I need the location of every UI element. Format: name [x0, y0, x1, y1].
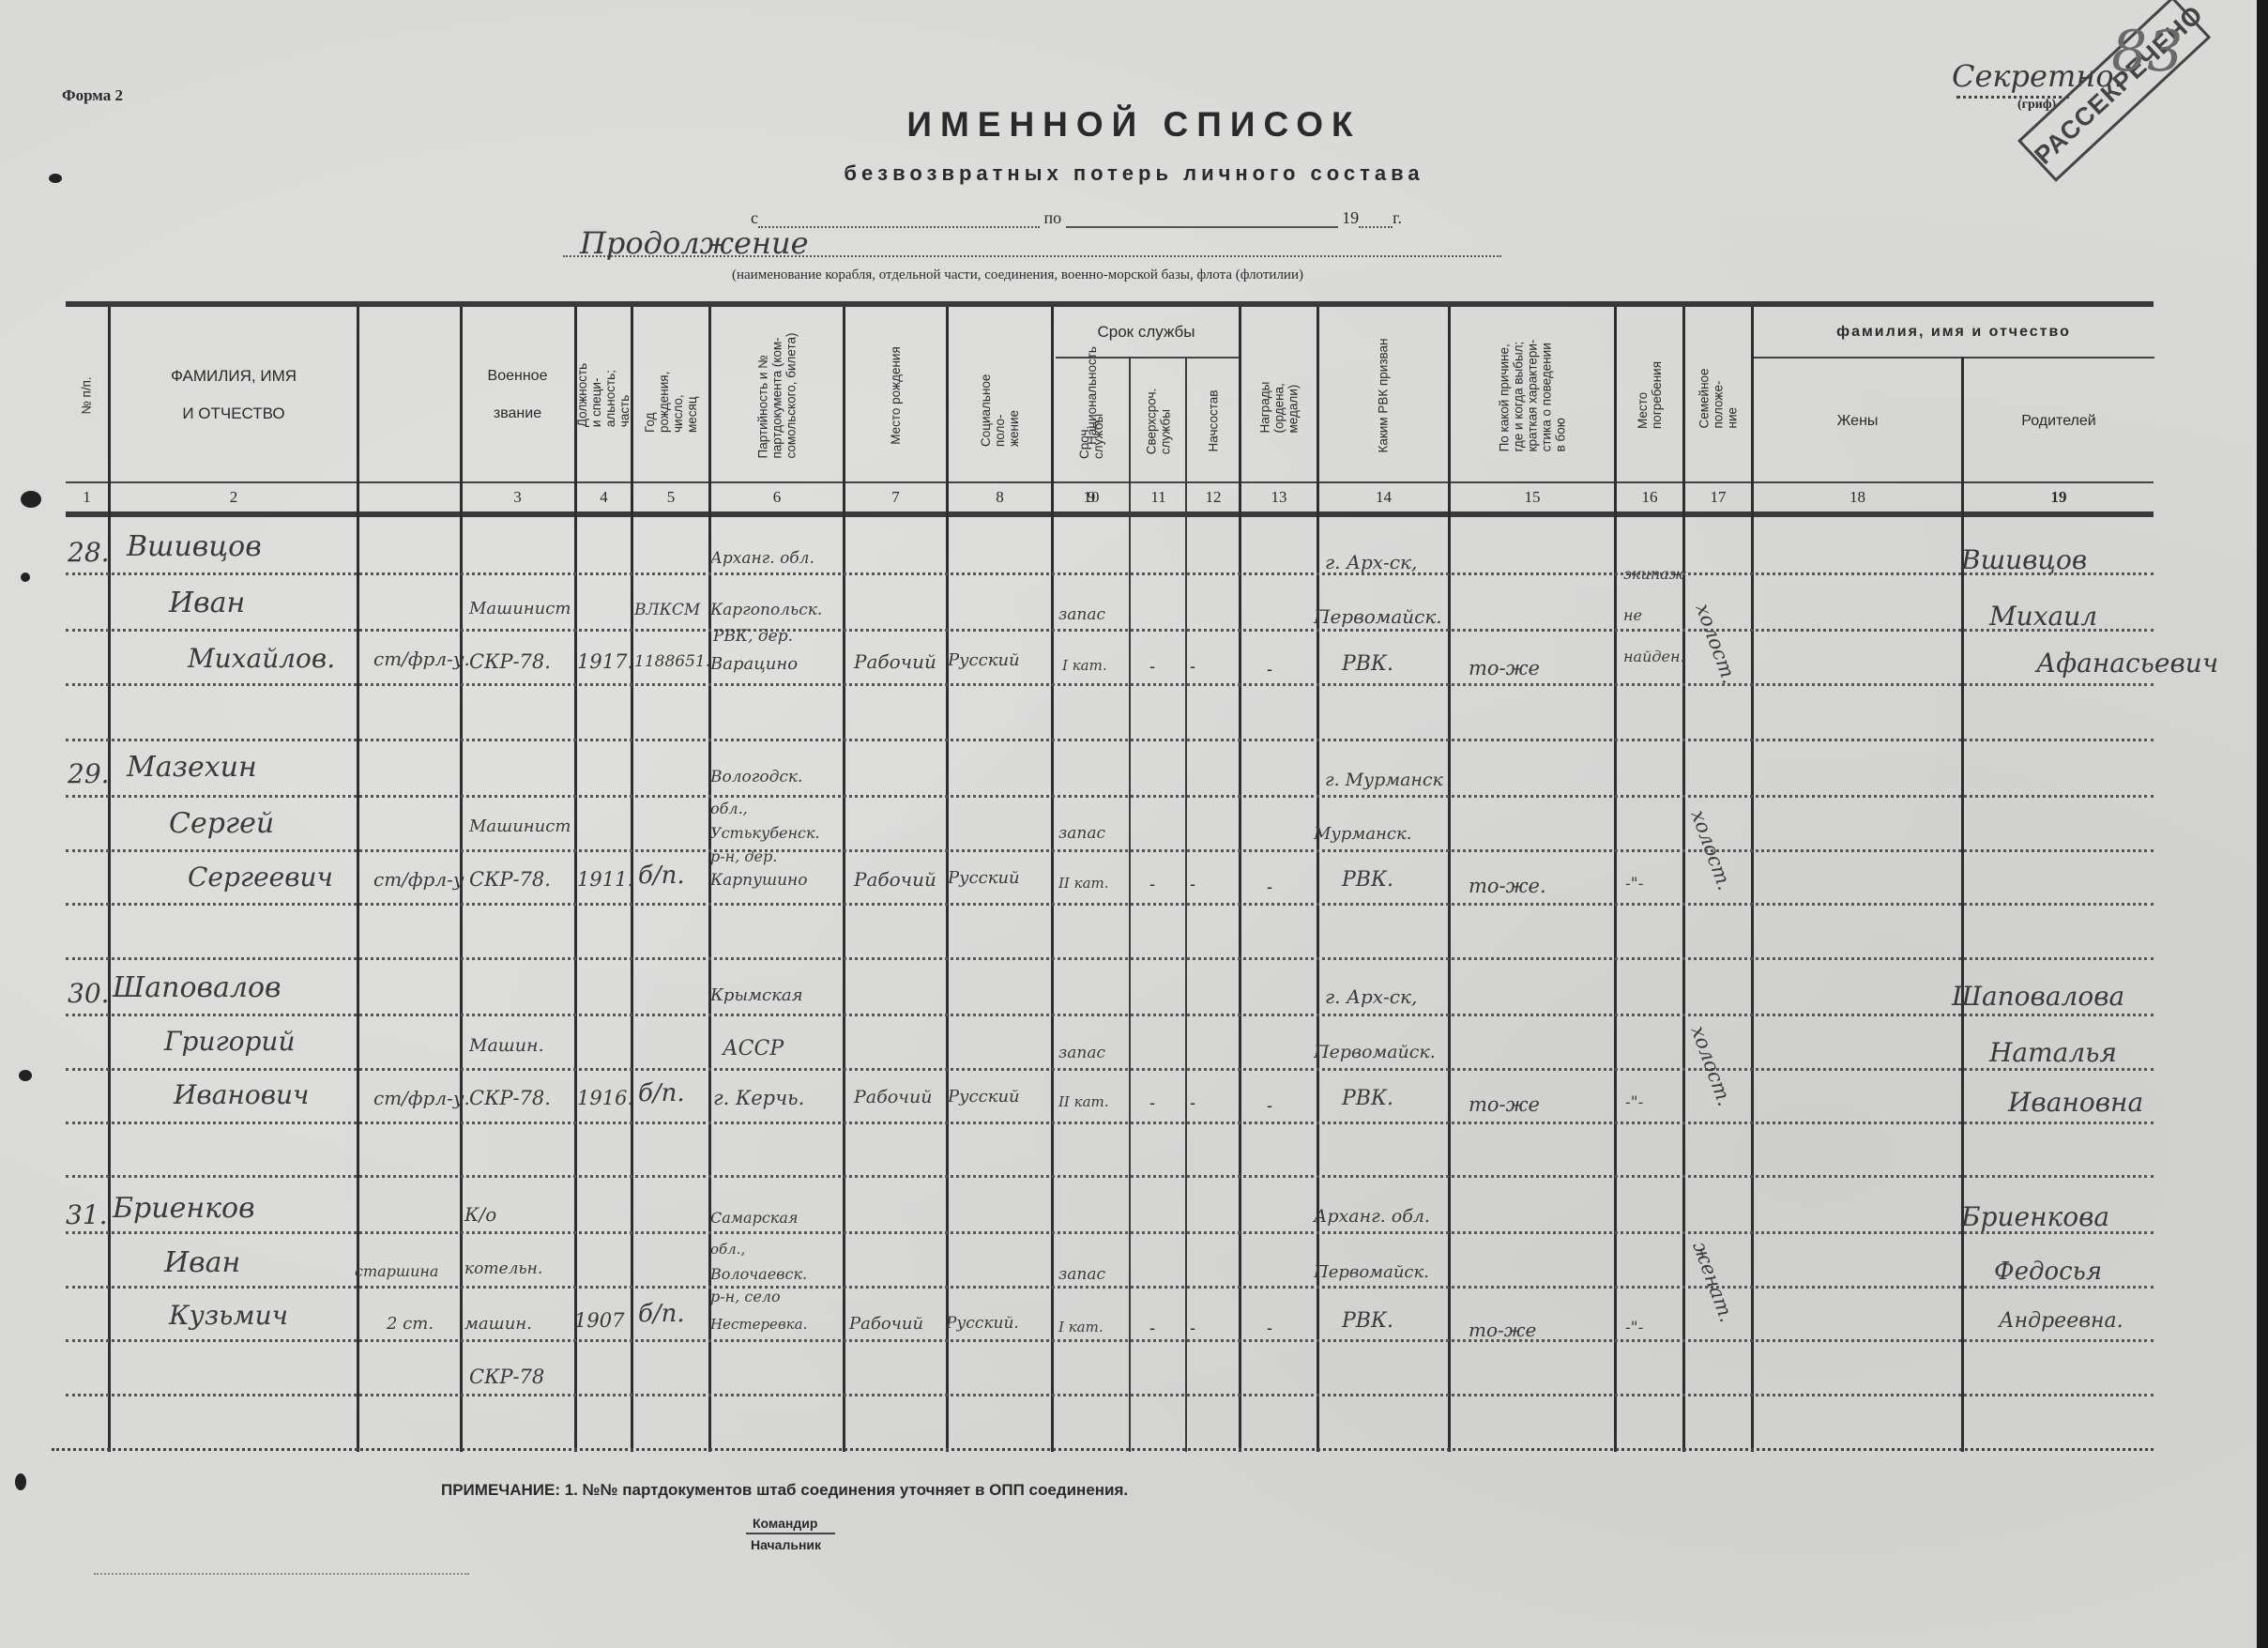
service-term: запас [1058, 605, 1105, 624]
col-header-3: Военное звание [463, 310, 572, 481]
col-header-16: Место погребения [1617, 310, 1682, 481]
page-title: ИМЕННОЙ СПИСОК [0, 105, 2268, 145]
col-num: 6 [711, 488, 843, 507]
party: ВЛКСМ [634, 601, 700, 619]
rank: старшина [355, 1262, 438, 1280]
nationality: Русский [948, 650, 1020, 670]
row-line [66, 1175, 2154, 1178]
command-staff: - [1190, 1319, 1195, 1338]
birthplace-line: Каргопольск. [710, 601, 822, 619]
extended-service: - [1149, 657, 1155, 677]
nationality: Русский. [946, 1314, 1019, 1333]
row-line [66, 1014, 2154, 1016]
social-status: Рабочий [854, 1087, 932, 1107]
row-line [66, 1339, 2154, 1342]
col-num: 18 [1754, 488, 1961, 507]
parent-name-line: Вшивцов [1961, 544, 2087, 575]
position: котельн. [464, 1259, 542, 1278]
faded-line [94, 1573, 469, 1575]
birth-year: 1916. [577, 1087, 633, 1109]
draft-office-line: Арханг. обл. [1314, 1206, 1430, 1227]
col-header-4: Должность и специ- альность; часть [577, 310, 631, 481]
row-line [66, 849, 2154, 852]
row-line [66, 1394, 2154, 1396]
ink-spot [21, 572, 30, 582]
extended-service: - [1149, 1319, 1155, 1338]
row-line [66, 739, 2154, 741]
awards: - [1267, 1319, 1272, 1338]
col-header-19: Родителей [1964, 361, 2154, 481]
service-category: II кат. [1058, 875, 1109, 892]
relatives-group-rule [1751, 357, 2154, 359]
birthplace-line: обл., [710, 800, 748, 817]
col-num: 12 [1188, 488, 1239, 507]
social-status: Рабочий [854, 868, 936, 891]
form-label: Форма 2 [62, 86, 123, 105]
col-num: 5 [633, 488, 708, 507]
draft-office-line: РВК. [1342, 1309, 1393, 1333]
draft-office-line: РВК. [1342, 1087, 1393, 1110]
command-staff: - [1190, 875, 1195, 894]
row-line [66, 683, 2154, 686]
surname: Шаповалов [113, 971, 281, 1004]
draft-office-line: Первомайск. [1314, 1262, 1429, 1282]
birthplace-line: р-н, село [710, 1288, 781, 1305]
unit: СКР-78. [469, 1087, 551, 1109]
birthplace-line: г. Керчь. [713, 1087, 804, 1109]
burial-place: -"- [1625, 1093, 1643, 1112]
row-line [66, 1286, 2154, 1289]
col-header-1: № п/п. [66, 310, 108, 481]
rank: ст/фрл-у. [373, 648, 470, 670]
birthplace-line: Вологодск. [710, 768, 802, 786]
col-header-7: Место рождения [845, 310, 946, 481]
header-divider [66, 481, 2154, 483]
row-line [66, 1231, 2154, 1234]
period-to-field [1066, 213, 1338, 228]
col-num: 10 [1054, 488, 1129, 507]
row-number: 28. [68, 537, 110, 568]
position-prefix: К/о [464, 1203, 496, 1226]
col-num: 14 [1319, 488, 1448, 507]
row-line [66, 1122, 2154, 1124]
row-number: 30. [68, 978, 110, 1009]
position: Машинист [469, 816, 571, 836]
first-name: Григорий [164, 1026, 296, 1057]
table-top-rule [66, 301, 2154, 307]
birthplace-line: АССР [723, 1037, 784, 1061]
patronymic: Кузьмич [169, 1300, 288, 1331]
col-num: 2 [111, 488, 357, 507]
rank: ст/фрл-у [373, 868, 464, 891]
birthplace-line: Устькубенск. [710, 824, 820, 842]
surname: Вшивцов [127, 530, 262, 563]
row-line [66, 957, 2154, 960]
service-category: I кат. [1058, 1319, 1104, 1335]
col-header-11: Сверхсроч. службы [1132, 361, 1185, 481]
burial-place: экипаж не найден. [1623, 554, 1680, 678]
rank: ст/фрл-у. [373, 1087, 470, 1109]
birthplace-line: РВК, дер. [713, 627, 793, 646]
parent-name-line: Ивановна [2008, 1087, 2143, 1118]
family-status: женат. [1688, 1239, 1738, 1325]
period-year-label: 19 [1342, 208, 1359, 227]
table-bottom-rule [52, 1448, 2154, 1451]
command-staff: - [1190, 1093, 1195, 1113]
birthplace-line: Самарская [710, 1209, 798, 1227]
patronymic: Михайлов. [188, 643, 335, 674]
col-header-17: Семейное положе- ние [1685, 310, 1751, 481]
col-header-2: ФАМИЛИЯ, ИМЯ И ОТЧЕСТВО [111, 310, 357, 481]
unit: СКР-78. [469, 868, 551, 891]
birthplace-line: Карпушино [710, 871, 807, 890]
draft-office-line: г. Арх-ск, [1325, 985, 1417, 1008]
period-from-label: с [751, 208, 758, 227]
birthplace-line: Нестеревка. [710, 1316, 807, 1333]
group-header-service-term: Срок службы [1054, 310, 1239, 355]
signature-commander-label: Командир [753, 1516, 817, 1531]
parent-name-line: Афанасьевич [2036, 648, 2218, 679]
col-num: 13 [1241, 488, 1317, 507]
patronymic: Иванович [174, 1079, 309, 1110]
ink-spot [15, 1473, 26, 1490]
extended-service: - [1149, 1093, 1155, 1113]
col-num: 4 [577, 488, 631, 507]
col-num: 7 [845, 488, 946, 507]
row-line [66, 629, 2154, 632]
row-number: 31. [66, 1199, 108, 1230]
burial-place: -"- [1625, 875, 1643, 893]
col-header-6: Партийность и № партдокумента (ком- сомо… [711, 310, 843, 481]
col-num: 1 [66, 488, 108, 507]
birthplace-line: р-н, дер. [710, 847, 777, 865]
unit: СКР-78 [469, 1366, 544, 1388]
row-line [66, 572, 2154, 575]
draft-office-line: РВК. [1342, 868, 1393, 892]
draft-office-line: Мурманск. [1314, 824, 1411, 844]
col-header-15: По какой причине, где и когда выбыл; кра… [1451, 310, 1614, 481]
service-term: запас [1058, 824, 1105, 843]
nationality: Русский [948, 1087, 1020, 1106]
parent-name-line: Андреевна. [1999, 1309, 2123, 1333]
row-line [66, 1068, 2154, 1071]
birthplace-line: Варацино [710, 654, 798, 674]
page-subtitle: безвозвратных потерь личного состава [0, 161, 2268, 186]
awards: - [1267, 877, 1272, 897]
loss-reason: то-же [1469, 1093, 1540, 1116]
period-year-suffix: г. [1393, 208, 1402, 227]
loss-reason: то-же [1469, 1319, 1536, 1341]
first-name: Иван [164, 1246, 240, 1279]
draft-office-line: Первомайск. [1314, 605, 1442, 628]
draft-office-line: г. Мурманск [1325, 770, 1443, 790]
parent-name-line: Шаповалова [1952, 981, 2124, 1012]
signature-divider [746, 1533, 835, 1534]
page-number: 83 [2111, 19, 2183, 84]
col-header-10: Сроч. службы [1054, 361, 1129, 481]
awards: - [1267, 1096, 1272, 1116]
service-category: I кат. [1062, 657, 1107, 674]
surname: Мазехин [127, 751, 257, 784]
period-year-field [1359, 213, 1393, 228]
position: машин. [464, 1314, 532, 1334]
group-header-relatives: фамилия, имя и отчество [1754, 310, 2154, 355]
unit: СКР-78. [469, 650, 551, 673]
draft-office-line: Первомайск. [1314, 1042, 1436, 1062]
col-num: 17 [1685, 488, 1751, 507]
loss-reason: то-же. [1469, 875, 1546, 897]
scan-edge [2257, 0, 2268, 1648]
loss-reason: то-же [1469, 657, 1540, 679]
draft-office-line: РВК. [1342, 652, 1393, 676]
col-num: 3 [463, 488, 572, 507]
birthplace-line: Крымская [710, 985, 803, 1005]
awards: - [1267, 660, 1272, 679]
row-number: 29. [68, 758, 110, 789]
period-line: с по 19г. [751, 208, 1402, 228]
patronymic: Сергеевич [188, 862, 333, 893]
parent-name-line: Наталья [1989, 1037, 2117, 1068]
draft-office-line: г. Арх-ск, [1325, 551, 1417, 573]
birth-year: 1917. [577, 650, 633, 673]
col-divider [357, 307, 359, 1452]
service-category: II кат. [1058, 1093, 1109, 1110]
col-header-5: Год рождения, число, месяц [633, 310, 708, 481]
birth-year: 1911. [577, 868, 633, 891]
row-line [66, 903, 2154, 906]
nationality: Русский [948, 868, 1020, 888]
birth-year: 1907 [574, 1309, 624, 1332]
social-status: Рабочий [849, 1314, 923, 1334]
position: Машин. [469, 1035, 544, 1056]
col-header-13: Награды (ордена, медали) [1241, 310, 1317, 481]
position: Машинист [469, 599, 571, 618]
row-line [66, 795, 2154, 798]
rank-grade: 2 ст. [387, 1314, 434, 1334]
col-num: 19 [1964, 488, 2154, 507]
first-name: Иван [169, 587, 245, 619]
service-term: запас [1058, 1265, 1105, 1284]
extended-service: - [1149, 875, 1155, 894]
parent-name-line: Михаил [1989, 601, 2097, 632]
ink-spot [19, 1070, 32, 1081]
burial-place: -"- [1625, 1319, 1643, 1337]
family-status: холост. [1686, 1023, 1736, 1109]
col-header-12: Начсостав [1188, 361, 1239, 481]
party: б/п. [638, 1300, 685, 1328]
first-name: Сергей [169, 807, 274, 840]
col-num: 16 [1617, 488, 1682, 507]
col-header-8: Социальное поло- жение [949, 310, 1051, 481]
party: б/п. [638, 1079, 685, 1107]
col-header-18: Жены [1754, 361, 1961, 481]
unit-name-caption: (наименование корабля, отдельной части, … [732, 267, 1303, 283]
birthplace-line: Волочаевск. [710, 1265, 807, 1283]
col-num: 15 [1451, 488, 1614, 507]
col-num: 11 [1132, 488, 1185, 507]
parent-name-line: Федосья [1994, 1258, 2102, 1286]
col-num: 8 [949, 488, 1051, 507]
service-term: запас [1058, 1044, 1105, 1062]
family-status: холост. [1691, 601, 1741, 687]
unit-name-value: Продолжение [580, 225, 809, 261]
command-staff: - [1190, 657, 1195, 677]
party: б/п. [638, 862, 685, 890]
signature-chief-label: Начальник [751, 1537, 821, 1552]
parent-name-line: Бриенкова [1961, 1201, 2109, 1232]
surname: Бриенков [113, 1192, 255, 1225]
birthplace-line: обл., [710, 1241, 745, 1258]
party-document: 1188651. [634, 652, 710, 671]
period-to-label: по [1044, 208, 1062, 227]
colnum-divider [66, 511, 2154, 517]
ink-spot [21, 491, 41, 508]
footnote: ПРИМЕЧАНИЕ: 1. №№ партдокументов штаб со… [441, 1481, 1128, 1500]
ink-spot [49, 174, 62, 183]
birthplace-line: Арханг. обл. [710, 549, 814, 568]
col-header-14: Каким РВК призван [1319, 310, 1448, 481]
social-status: Рабочий [854, 650, 936, 673]
